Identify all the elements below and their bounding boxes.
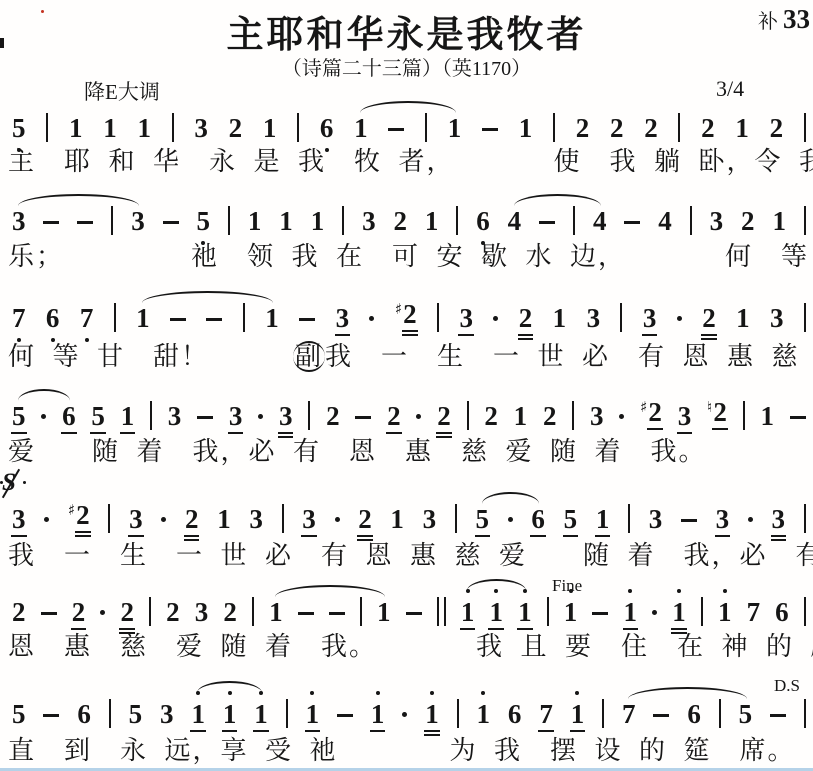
note-digit: 1: [311, 207, 325, 235]
barline: [111, 206, 113, 235]
augmentation-dot: [44, 517, 49, 522]
eighth-underline: [253, 730, 269, 732]
notation-row-6: 22223211111111176: [12, 596, 806, 626]
duration-dash: [41, 612, 57, 615]
note-digit: 5: [12, 402, 26, 430]
eighth-underline: [436, 432, 452, 434]
note-token: 5: [91, 402, 105, 430]
eighth-underline: [11, 432, 27, 434]
barline: [804, 699, 806, 728]
note-token: 3: [362, 207, 376, 235]
augmentation-dot: [652, 610, 657, 615]
note-digit: 2: [12, 598, 26, 626]
barline: [342, 206, 344, 235]
note-digit: 2: [166, 598, 180, 626]
note-digit: 1: [191, 700, 205, 728]
note-token: 1: [425, 700, 439, 728]
lyrics-row-3: 何 等 甘 甜！ 副我 一 生 一 世 必 有 恩 惠 慈: [8, 341, 800, 372]
slur-arc: [482, 492, 540, 504]
note-token: ♯2: [640, 398, 662, 430]
note-token: 2: [543, 402, 557, 430]
note-digit: 3: [459, 304, 473, 332]
lyric-text: 直 到 永 远，享 受 祂 为 我 摆 设 的 筵 席。: [8, 736, 796, 765]
note-token: 3: [195, 598, 209, 626]
accidental-sign: ♯: [640, 398, 647, 416]
eighth-underline: [475, 535, 491, 537]
eighth-underline: [357, 535, 373, 537]
note-digit: 2: [741, 207, 755, 235]
note-token: 3: [12, 207, 26, 235]
lyric-text: 我 一 生 一 世 必 有 恩 惠 慈 爱 随 着 我，必 有: [8, 541, 813, 570]
high-octave-dot: [575, 691, 579, 695]
eighth-underline: [538, 730, 554, 732]
note-digit: 3: [249, 505, 263, 533]
note-token: 5: [739, 700, 753, 728]
notation-row-2: 3351113216444321: [12, 205, 806, 235]
note-token: 6: [531, 505, 545, 533]
augmentation-dot: [619, 414, 624, 419]
note-digit: 3: [336, 304, 350, 332]
barline: [467, 401, 469, 430]
note-digit: 1: [306, 700, 320, 728]
note-token: 1: [217, 505, 231, 533]
note-digit: 7: [539, 700, 553, 728]
note-token: 1: [514, 402, 528, 430]
note-token: 2: [437, 402, 451, 430]
note-token: 3: [131, 207, 145, 235]
eighth-underline: [278, 432, 294, 434]
barline: [308, 401, 310, 430]
barline: [620, 303, 622, 332]
barline: [690, 206, 692, 235]
augmentation-dot: [748, 517, 753, 522]
note-token: 3: [770, 304, 784, 332]
note-token: 6: [77, 700, 91, 728]
slur-arc: [18, 389, 71, 401]
key-signature: 降E大调: [84, 76, 160, 106]
note-token: 1: [596, 505, 610, 533]
duration-dash: [624, 221, 640, 224]
note-token: 3: [229, 402, 243, 430]
note-token: 6: [62, 402, 76, 430]
note-digit: 2: [185, 505, 199, 533]
high-octave-dot: [677, 589, 681, 593]
segno-dot-left: [0, 481, 3, 484]
note-digit: 3: [229, 402, 243, 430]
barline: [701, 597, 703, 626]
note-digit: 1: [718, 598, 732, 626]
note-token: 1: [425, 207, 439, 235]
note-token: 1: [306, 700, 320, 728]
note-token: 2: [702, 304, 716, 332]
note-digit: 6: [531, 505, 545, 533]
note-token: 3: [459, 304, 473, 332]
note-digit: 1: [254, 700, 268, 728]
hymn-number: 补 33: [758, 4, 810, 35]
note-digit: 3: [168, 402, 182, 430]
duration-dash: [681, 519, 697, 522]
note-digit: 2: [576, 114, 590, 142]
note-token: 2: [185, 505, 199, 533]
eighth-underline: [370, 730, 386, 732]
note-digit: 3: [279, 402, 293, 430]
lyric-text: 我 一 生 一 世 必 有 恩 惠 慈: [325, 342, 800, 371]
barline: [149, 597, 151, 626]
duration-dash: [299, 318, 315, 321]
note-token: 1: [279, 207, 293, 235]
duration-dash: [43, 221, 59, 224]
note-digit: 1: [514, 402, 528, 430]
note-token: 2: [644, 114, 658, 142]
high-octave-dot: [628, 589, 632, 593]
note-token: 7: [12, 304, 26, 332]
note-digit: 3: [160, 700, 174, 728]
duration-dash: [329, 612, 345, 615]
note-token: 1: [624, 598, 638, 626]
note-digit: 3: [129, 505, 143, 533]
edge-tick-artifact: [0, 38, 4, 48]
fine-mark: Fine: [552, 576, 582, 596]
note-token: 1: [103, 114, 117, 142]
note-digit: 1: [69, 114, 83, 142]
note-digit: 1: [121, 402, 135, 430]
slur-arc: [514, 194, 602, 206]
note-token: 2: [741, 207, 755, 235]
duration-dash: [539, 221, 555, 224]
note-token: 7: [539, 700, 553, 728]
lyrics-row-7: 直 到 永 远，享 受 祂 为 我 摆 设 的 筵 席。: [8, 736, 796, 766]
note-token: 6: [687, 700, 701, 728]
chorus-mark: 副: [293, 341, 325, 372]
note-digit: 2: [770, 114, 784, 142]
note-digit: 2: [543, 402, 557, 430]
eighth-underline: [11, 535, 27, 537]
barline: [109, 699, 111, 728]
note-token: 3: [279, 402, 293, 430]
note-digit: 1: [279, 207, 293, 235]
note-digit: 3: [716, 505, 730, 533]
eighth-underline: [771, 535, 787, 537]
eighth-underline: [488, 628, 504, 630]
barline: [804, 206, 806, 235]
lyric-text: 爱 随 着 我，必 有 恩 惠 慈 爱 随 着 我。: [8, 437, 707, 466]
note-digit: 1: [564, 598, 578, 626]
note-digit: 5: [129, 700, 143, 728]
note-token: 4: [508, 207, 522, 235]
note-digit: 1: [736, 304, 750, 332]
note-token: 6: [320, 114, 334, 142]
augmentation-dot: [416, 414, 421, 419]
note-digit: 3: [12, 505, 26, 533]
eighth-underline: [458, 334, 474, 336]
note-token: 1: [137, 114, 151, 142]
note-token: 7: [747, 598, 761, 626]
lyric-text: 乐； 祂 领 我 在 可 安 歇 水 边， 何 等 满 足，: [8, 242, 813, 271]
note-token: 2: [519, 304, 533, 332]
note-token: 3: [590, 402, 604, 430]
eighth-underline: [228, 432, 244, 434]
note-token: 3: [129, 505, 143, 533]
note-token: 5: [476, 505, 490, 533]
barline: [114, 303, 116, 332]
note-token: 3: [12, 505, 26, 533]
note-token: 2: [223, 598, 237, 626]
sixteenth-underline: [75, 535, 91, 537]
note-digit: 5: [476, 505, 490, 533]
eighth-underline: [424, 730, 440, 732]
notation-row-3: 767113♯232133213: [12, 302, 806, 332]
double-barline: [437, 597, 446, 626]
note-token: 3: [772, 505, 786, 533]
note-digit: 1: [624, 598, 638, 626]
note-digit: 3: [590, 402, 604, 430]
duration-dash: [355, 416, 371, 419]
note-token: 2: [166, 598, 180, 626]
note-digit: 5: [564, 505, 578, 533]
note-digit: 1: [377, 598, 391, 626]
eighth-underline: [386, 432, 402, 434]
note-token: 3: [716, 505, 730, 533]
eighth-underline: [701, 334, 717, 336]
note-token: 2: [484, 402, 498, 430]
note-token: 4: [593, 207, 607, 235]
note-token: 6: [508, 700, 522, 728]
note-token: 2: [229, 114, 243, 142]
note-token: 1: [519, 114, 533, 142]
eighth-underline: [222, 730, 238, 732]
note-digit: 1: [103, 114, 117, 142]
note-digit: 1: [760, 402, 774, 430]
barline: [743, 401, 745, 430]
high-octave-dot: [430, 691, 434, 695]
note-digit: 1: [518, 598, 532, 626]
note-digit: 5: [12, 700, 26, 728]
barline: [243, 303, 245, 332]
barline: [172, 113, 174, 142]
eighth-underline: [190, 730, 206, 732]
note-token: 1: [477, 700, 491, 728]
note-token: 3: [160, 700, 174, 728]
note-token: 1: [553, 304, 567, 332]
note-digit: 2: [223, 598, 237, 626]
duration-dash: [482, 128, 498, 131]
note-digit: 6: [775, 598, 789, 626]
eighth-underline: [570, 730, 586, 732]
note-digit: 3: [423, 505, 437, 533]
note-digit: 1: [263, 114, 277, 142]
note-digit: 6: [77, 700, 91, 728]
augmentation-dot: [508, 517, 513, 522]
note-digit: 1: [425, 207, 439, 235]
duration-dash: [43, 714, 59, 717]
note-token: 3: [587, 304, 601, 332]
barline: [252, 597, 254, 626]
barline: [360, 597, 362, 626]
segno-dot-right: [23, 481, 26, 484]
note-digit: 4: [508, 207, 522, 235]
note-digit: 2: [120, 598, 134, 626]
barline: [228, 206, 230, 235]
note-token: 3: [249, 505, 263, 533]
eighth-underline: [305, 730, 321, 732]
note-digit: 2: [387, 402, 401, 430]
lyric-text: 主 耶 和 华 永 是 我 牧 者， 使 我 躺 卧，令 我 喜: [8, 147, 813, 176]
accidental-sign: ♯: [395, 300, 402, 318]
note-digit: 1: [137, 114, 151, 142]
note-token: 1: [718, 598, 732, 626]
eighth-underline: [402, 330, 418, 332]
note-digit: 4: [593, 207, 607, 235]
note-digit: 3: [772, 505, 786, 533]
slur-arc: [628, 687, 748, 699]
note-digit: 1: [217, 505, 231, 533]
augmentation-dot: [258, 414, 263, 419]
note-digit: 2: [72, 598, 86, 626]
note-token: 2: [12, 598, 26, 626]
note-digit: 5: [12, 114, 26, 142]
note-digit: 3: [649, 505, 663, 533]
note-digit: 1: [248, 207, 262, 235]
note-token: 6: [46, 304, 60, 332]
augmentation-dot: [493, 316, 498, 321]
hymn-number-prefix: 补: [758, 11, 778, 33]
note-digit: 3: [678, 402, 692, 430]
notation-row-7: 56531111111671765: [12, 698, 806, 728]
duration-dash: [653, 714, 669, 717]
note-token: 2: [393, 207, 407, 235]
note-token: 2: [610, 114, 624, 142]
hymn-number-value: 33: [783, 4, 810, 34]
duration-dash: [206, 318, 222, 321]
note-token: 1: [772, 207, 786, 235]
eighth-underline: [184, 535, 200, 537]
note-digit: 7: [622, 700, 636, 728]
duration-dash: [592, 612, 608, 615]
notation-row-5: 3♯2321332135651333: [12, 503, 806, 533]
eighth-underline: [715, 535, 731, 537]
note-digit: 2: [610, 114, 624, 142]
note-token: 1: [191, 700, 205, 728]
note-token: 1: [735, 114, 749, 142]
duration-dash: [298, 612, 314, 615]
note-digit: 1: [772, 207, 786, 235]
high-octave-dot: [310, 691, 314, 695]
barline: [804, 597, 806, 626]
high-octave-dot: [376, 691, 380, 695]
note-digit: 1: [672, 598, 686, 626]
note-digit: 3: [643, 304, 657, 332]
note-token: 7: [622, 700, 636, 728]
note-token: 3: [168, 402, 182, 430]
note-token: 1: [311, 207, 325, 235]
note-token: 3: [649, 505, 663, 533]
note-digit: 1: [735, 114, 749, 142]
note-digit: 6: [62, 402, 76, 430]
barline: [804, 504, 806, 533]
note-token: 3: [710, 207, 724, 235]
note-digit: 1: [371, 700, 385, 728]
note-token: 1: [518, 598, 532, 626]
barline: [457, 699, 459, 728]
augmentation-dot: [369, 316, 374, 321]
note-digit: 3: [194, 114, 208, 142]
eighth-underline: [301, 535, 317, 537]
note-token: 2: [770, 114, 784, 142]
note-digit: 2: [519, 304, 533, 332]
note-token: 1: [354, 114, 368, 142]
note-digit: 2: [229, 114, 243, 142]
time-signature: 3/4: [716, 76, 744, 102]
note-token: 1: [672, 598, 686, 626]
eighth-underline: [677, 432, 693, 434]
note-digit: 3: [195, 598, 209, 626]
eighth-underline: [530, 535, 546, 537]
slur-arc: [275, 585, 386, 597]
lyrics-row-1: 主 耶 和 华 永 是 我 牧 者， 使 我 躺 卧，令 我 喜: [8, 147, 813, 177]
note-token: 2: [120, 598, 134, 626]
note-token: 1: [448, 114, 462, 142]
note-digit: 2: [701, 114, 715, 142]
note-token: 3: [678, 402, 692, 430]
note-token: 1: [121, 402, 135, 430]
note-digit: 2: [358, 505, 372, 533]
note-digit: 1: [448, 114, 462, 142]
note-digit: 1: [571, 700, 585, 728]
note-token: 1: [269, 598, 283, 626]
note-digit: 1: [461, 598, 475, 626]
note-digit: 4: [658, 207, 672, 235]
note-digit: 2: [644, 114, 658, 142]
page-title: 主耶和华永是我牧者: [0, 4, 813, 58]
high-octave-dot: [723, 589, 727, 593]
eighth-underline: [71, 628, 87, 630]
note-token: 1: [263, 114, 277, 142]
eighth-underline: [119, 628, 135, 630]
eighth-underline: [61, 432, 77, 434]
augmentation-dot: [335, 517, 340, 522]
note-digit: 1: [354, 114, 368, 142]
note-digit: 2: [484, 402, 498, 430]
note-token: 1: [377, 598, 391, 626]
note-token: 2: [72, 598, 86, 626]
note-digit: 2: [403, 300, 417, 328]
augmentation-dot: [41, 414, 46, 419]
ds-mark: D.S: [774, 676, 800, 696]
red-dot-artifact: [41, 10, 44, 13]
duration-dash: [163, 221, 179, 224]
note-digit: 3: [587, 304, 601, 332]
note-digit: 2: [76, 501, 90, 529]
note-token: 3: [194, 114, 208, 142]
note-token: 1: [736, 304, 750, 332]
note-digit: 3: [770, 304, 784, 332]
note-token: 2: [387, 402, 401, 430]
eighth-underline: [647, 428, 663, 430]
slur-arc: [360, 101, 457, 113]
note-token: 2: [326, 402, 340, 430]
note-digit: 1: [265, 304, 279, 332]
note-digit: 3: [710, 207, 724, 235]
segno-icon: S: [2, 468, 22, 500]
barline: [297, 113, 299, 142]
notation-row-4: 56513332222123♯23♮21: [12, 400, 806, 430]
eighth-underline: [712, 428, 728, 430]
note-token: 1: [564, 598, 578, 626]
note-token: 1: [69, 114, 83, 142]
note-token: 5: [12, 114, 26, 142]
notation-row-1: 51113216111222212: [12, 112, 806, 142]
duration-dash: [337, 714, 353, 717]
